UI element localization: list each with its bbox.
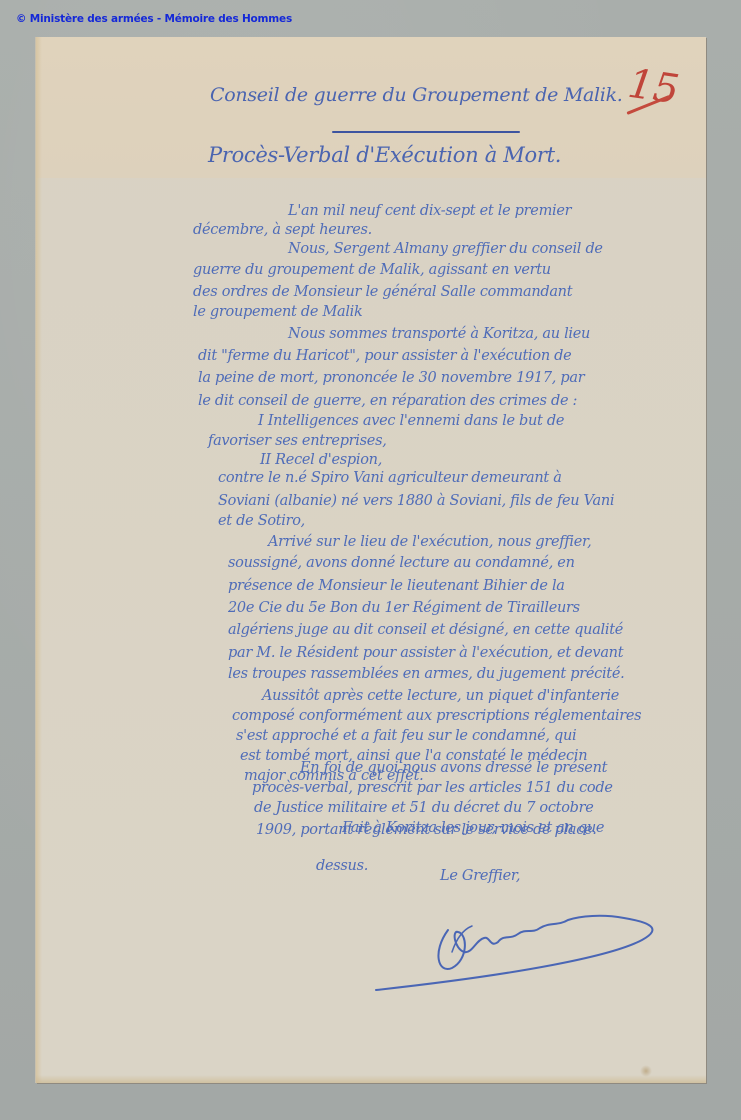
document-title: Procès-Verbal d'Exécution à Mort. bbox=[208, 143, 561, 167]
paper-stain bbox=[640, 1065, 652, 1077]
text-line: II Recel d'espion, bbox=[260, 452, 382, 468]
page-number: 15 bbox=[625, 61, 682, 114]
text-line: algériens juge au dit conseil et désigné… bbox=[228, 622, 623, 638]
text-line: Aussitôt après cette lecture, un piquet … bbox=[262, 688, 619, 704]
text-line: Soviani (albanie) né vers 1880 à Soviani… bbox=[218, 493, 614, 509]
text-line: et de Sotiro, bbox=[218, 513, 305, 529]
text-line: L'an mil neuf cent dix-sept et le premie… bbox=[288, 203, 571, 219]
text-line: les troupes rassemblées en armes, du jug… bbox=[228, 666, 624, 682]
text-line: soussigné, avons donné lecture au condam… bbox=[228, 555, 575, 571]
text-line: présence de Monsieur le lieutenant Bihie… bbox=[228, 578, 565, 594]
text-line: guerre du groupement de Malik, agissant … bbox=[193, 262, 551, 278]
text-line: des ordres de Monsieur le général Salle … bbox=[193, 284, 572, 300]
text-line: 20e Cie du 5e Bon du 1er Régiment de Tir… bbox=[228, 600, 580, 616]
text-line: la peine de mort, prononcée le 30 novemb… bbox=[198, 370, 584, 386]
text-line: procès-verbal, prescrit par les articles… bbox=[252, 780, 613, 796]
text-line: par M. le Résident pour assister à l'exé… bbox=[228, 645, 623, 661]
text-line: le dit conseil de guerre, en réparation … bbox=[198, 393, 577, 409]
text-line: de Justice militaire et 51 du décret du … bbox=[254, 800, 594, 816]
document-header: Conseil de guerre du Groupement de Malik… bbox=[210, 84, 623, 106]
copyright-notice: © Ministère des armées - Mémoire des Hom… bbox=[16, 13, 292, 25]
text-line: Nous sommes transporté à Koritza, au lie… bbox=[288, 326, 590, 342]
text-line: Nous, Sergent Almany greffier du conseil… bbox=[288, 241, 603, 257]
signature-mark bbox=[372, 882, 662, 992]
text-line: dessus. bbox=[316, 858, 368, 874]
header-divider bbox=[332, 131, 520, 133]
text-line: contre le n.é Spiro Vani agriculteur dem… bbox=[218, 470, 562, 486]
text-line: Arrivé sur le lieu de l'exécution, nous … bbox=[268, 534, 591, 550]
paper-bottom-edge bbox=[36, 1075, 706, 1083]
text-line: Fait à Koritza les jour, mois et an que bbox=[342, 820, 604, 836]
text-line: composé conformément aux prescriptions r… bbox=[232, 708, 641, 724]
text-line: le groupement de Malik bbox=[193, 304, 363, 320]
paper-edge-shade bbox=[36, 37, 42, 1083]
text-line: I Intelligences avec l'ennemi dans le bu… bbox=[258, 413, 564, 429]
text-line: dit "ferme du Haricot", pour assister à … bbox=[198, 348, 571, 364]
text-line: En foi de quoi nous avons dressé le prés… bbox=[300, 760, 607, 776]
text-line: s'est approché et a fait feu sur le cond… bbox=[236, 728, 576, 744]
text-line: favoriser ses entreprises, bbox=[208, 433, 387, 449]
text-line: décembre, à sept heures. bbox=[193, 222, 372, 238]
